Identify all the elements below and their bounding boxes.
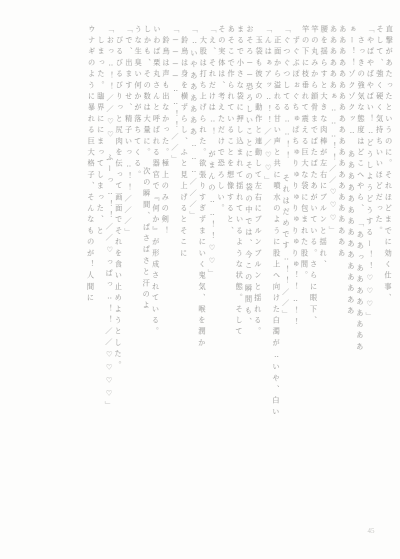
page-number: 45 — [364, 527, 378, 539]
text-block: 直撃があたったというのに。それほどまでに効く仕事、そして、強く硬く気持ちいいほど… — [85, 25, 394, 543]
scanned-page: 直撃があたったというのに。それほどまでに効く仕事、そして、強く硬く気持ちいいほど… — [0, 0, 400, 559]
